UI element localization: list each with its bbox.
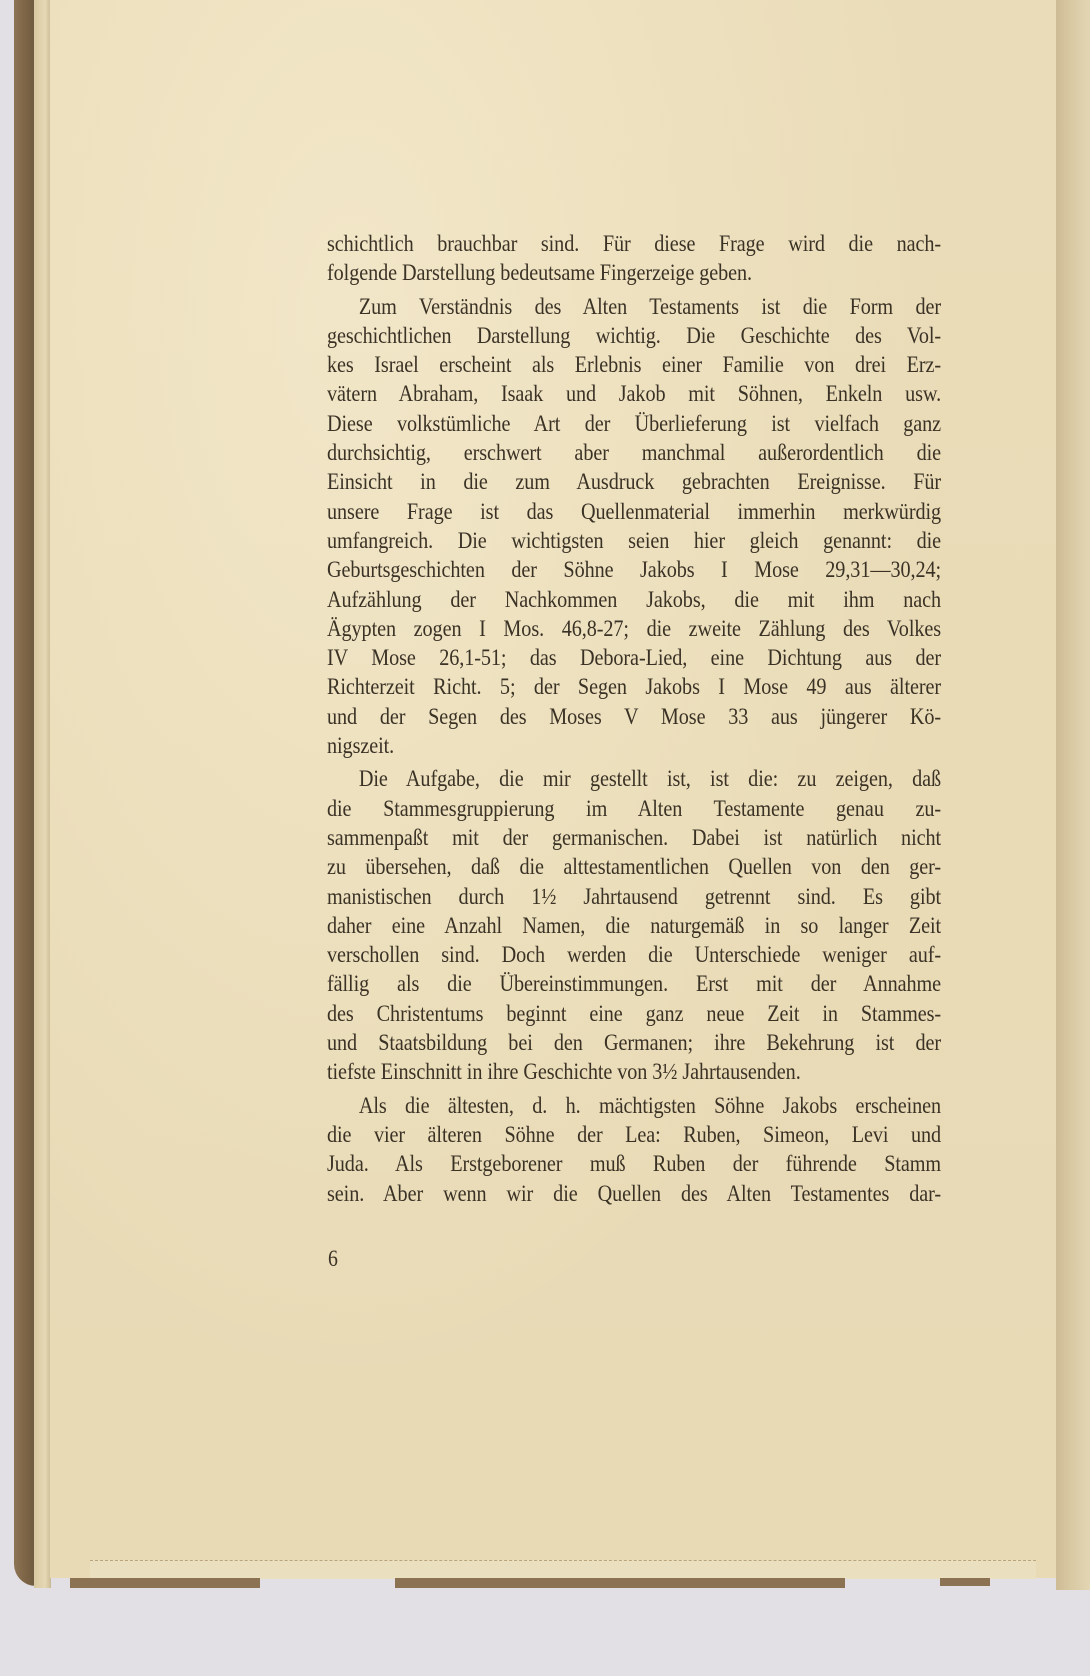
text-line: sammenpaßt mit der germanischen. Dabei i…: [327, 824, 941, 853]
paragraph: schichtlich brauchbar sind. Für diese Fr…: [327, 230, 941, 289]
text-line: Richterzeit Richt. 5; der Segen Jakobs I…: [327, 673, 941, 702]
paragraph: Die Aufgabe, die mir gestellt ist, ist d…: [327, 765, 941, 1087]
text-line: und Staatsbildung bei den Germanen; ihre…: [327, 1029, 941, 1058]
text-line: schichtlich brauchbar sind. Für diese Fr…: [327, 230, 941, 259]
text-line: zu übersehen, daß die alttestamentlichen…: [327, 853, 941, 882]
text-line: des Christentums beginnt eine ganz neue …: [327, 1000, 941, 1029]
text-line: sein. Aber wenn wir die Quellen des Alte…: [327, 1180, 941, 1209]
text-line: Zum Verständnis des Alten Testaments ist…: [327, 293, 941, 322]
text-line: fällig als die Übereinstimmungen. Erst m…: [327, 970, 941, 999]
page-bottom-fold: [90, 1560, 1036, 1579]
torn-cover-edge: [70, 1578, 260, 1588]
text-line: Aufzählung der Nachkommen Jakobs, die mi…: [327, 586, 941, 615]
text-line: durchsichtig, erschwert aber manchmal au…: [327, 439, 941, 468]
page-number: 6: [328, 1246, 338, 1272]
torn-cover-edge: [940, 1578, 990, 1586]
text-line: manistischen durch 1½ Jahrtausend getren…: [327, 883, 941, 912]
text-line: daher eine Anzahl Namen, die naturgemäß …: [327, 912, 941, 941]
page-stack-right-edge: [1056, 0, 1090, 1590]
text-line: Als die ältesten, d. h. mächtigsten Söhn…: [327, 1092, 941, 1121]
text-line: Diese volkstümliche Art der Überlieferun…: [327, 410, 941, 439]
torn-cover-edge: [395, 1578, 845, 1588]
text-line: Juda. Als Erstgeborener muß Ruben der fü…: [327, 1150, 941, 1179]
text-line: kes Israel erscheint als Erlebnis einer …: [327, 351, 941, 380]
text-line: Die Aufgabe, die mir gestellt ist, ist d…: [327, 765, 941, 794]
body-text: schichtlich brauchbar sind. Für diese Fr…: [327, 230, 941, 1209]
paragraph: Zum Verständnis des Alten Testaments ist…: [327, 293, 941, 762]
text-line: nigszeit.: [327, 732, 941, 761]
text-line: die Stammesgruppierung im Alten Testamen…: [327, 795, 941, 824]
text-line: vätern Abraham, Isaak und Jakob mit Söhn…: [327, 380, 941, 409]
page-gutter-edge: [34, 0, 51, 1588]
text-line: Geburtsgeschichten der Söhne Jakobs I Mo…: [327, 556, 941, 585]
paragraph: Als die ältesten, d. h. mächtigsten Söhn…: [327, 1092, 941, 1209]
text-line: geschichtlichen Darstellung wichtig. Die…: [327, 322, 941, 351]
book-spine: [14, 0, 36, 1586]
text-line: verschollen sind. Doch werden die Unters…: [327, 941, 941, 970]
text-line: folgende Darstellung bedeutsame Fingerze…: [327, 259, 941, 288]
text-line: umfangreich. Die wichtigsten seien hier …: [327, 527, 941, 556]
text-line: Einsicht in die zum Ausdruck gebrachten …: [327, 468, 941, 497]
text-line: Ägypten zogen I Mos. 46,8-27; die zweite…: [327, 615, 941, 644]
text-line: unsere Frage ist das Quellenmaterial imm…: [327, 498, 941, 527]
text-line: IV Mose 26,1-51; das Debora-Lied, eine D…: [327, 644, 941, 673]
text-line: und der Segen des Moses V Mose 33 aus jü…: [327, 703, 941, 732]
text-line: tiefste Einschnitt in ihre Geschichte vo…: [327, 1058, 941, 1087]
text-line: die vier älteren Söhne der Lea: Ruben, S…: [327, 1121, 941, 1150]
